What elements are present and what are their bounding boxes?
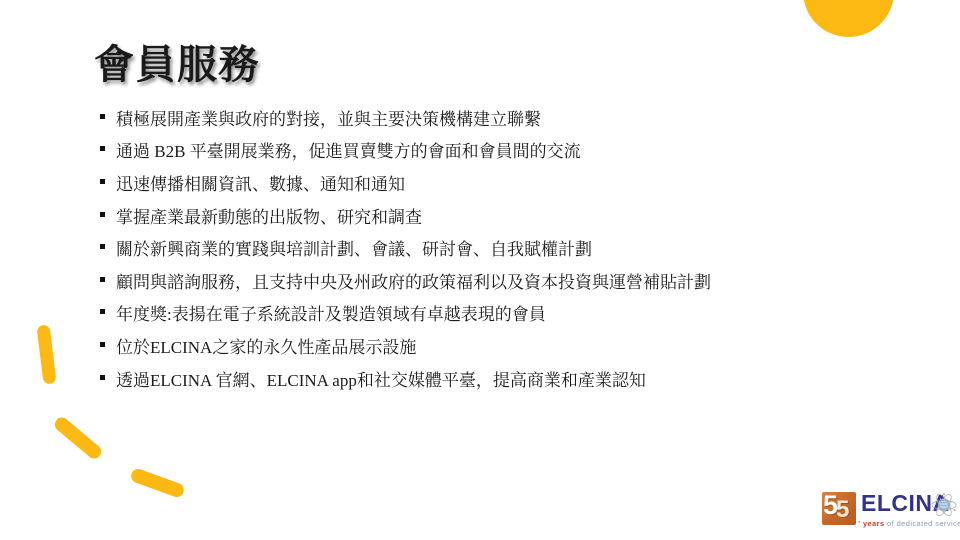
bullet-text: 迅速傳播相關資訊、數據、通知和通知 (116, 170, 405, 195)
bullet-square-icon (100, 309, 105, 314)
anniversary-badge: 5 5 (822, 492, 856, 525)
list-item: 透過ELCINA 官網、ELCINA app和社交媒體平臺，提高商業和產業認知 (100, 362, 890, 395)
tagline-rest: of dedicated service (885, 519, 960, 528)
bullet-text: 年度獎:表揚在電子系統設計及製造領域有卓越表現的會員 (116, 300, 546, 325)
bullet-square-icon (100, 244, 105, 249)
brush-stroke-diagonal-icon (52, 415, 104, 462)
bullet-text: 通過 B2B 平臺開展業務，促進買賣雙方的會面和會員間的交流 (116, 137, 581, 162)
bullet-square-icon (100, 212, 105, 217)
list-item: 通過 B2B 平臺開展業務，促進買賣雙方的會面和會員間的交流 (100, 134, 890, 167)
list-item: 年度獎:表揚在電子系統設計及製造領域有卓越表現的會員 (100, 297, 890, 330)
tagline-apostrophe: ’ (858, 519, 860, 528)
presentation-slide: 會員服務 積極展開產業與政府的對接，並與主要決策機構建立聯繫通過 B2B 平臺開… (0, 0, 960, 540)
elcina-logo: 5 5 ELCINA ’ years of dedicated service (822, 490, 956, 537)
bullet-text: 掌握產業最新動態的出版物、研究和調查 (116, 203, 422, 228)
bullet-text: 位於ELCINA之家的永久性產品展示設施 (116, 333, 416, 358)
brush-stroke-horizontal-icon (129, 467, 185, 499)
list-item: 掌握產業最新動態的出版物、研究和調查 (100, 199, 890, 232)
page-title: 會員服務 (94, 33, 260, 90)
tagline-years: years (863, 519, 885, 528)
bullet-square-icon (100, 114, 105, 119)
list-item: 迅速傳播相關資訊、數據、通知和通知 (100, 166, 890, 199)
bullet-list: 積極展開產業與政府的對接，並與主要決策機構建立聯繫通過 B2B 平臺開展業務，促… (100, 101, 890, 394)
bullet-text: 積極展開產業與政府的對接，並與主要決策機構建立聯繫 (116, 105, 541, 130)
bullet-text: 關於新興商業的實踐與培訓計劃、會議、研討會、自我賦權計劃 (116, 235, 592, 260)
globe-icon (930, 492, 958, 520)
bullet-square-icon (100, 375, 105, 380)
yellow-circle-decoration-icon (803, 0, 894, 37)
bullet-square-icon (100, 342, 105, 347)
list-item: 顧問與諮詢服務，且支持中央及州政府的政策福利以及資本投資與運營補貼計劃 (100, 264, 890, 297)
logo-tagline: ’ years of dedicated service (858, 519, 960, 528)
bullet-square-icon (100, 179, 105, 184)
list-item: 關於新興商業的實踐與培訓計劃、會議、研討會、自我賦權計劃 (100, 231, 890, 264)
bullet-square-icon (100, 277, 105, 282)
brush-stroke-vertical-icon (36, 324, 56, 384)
list-item: 積極展開產業與政府的對接，並與主要決策機構建立聯繫 (100, 101, 890, 134)
badge-number: 5 (836, 496, 849, 524)
bullet-square-icon (100, 146, 105, 151)
bullet-text: 顧問與諮詢服務，且支持中央及州政府的政策福利以及資本投資與運營補貼計劃 (116, 268, 711, 293)
bullet-text: 透過ELCINA 官網、ELCINA app和社交媒體平臺，提高商業和產業認知 (116, 366, 646, 391)
list-item: 位於ELCINA之家的永久性產品展示設施 (100, 329, 890, 362)
